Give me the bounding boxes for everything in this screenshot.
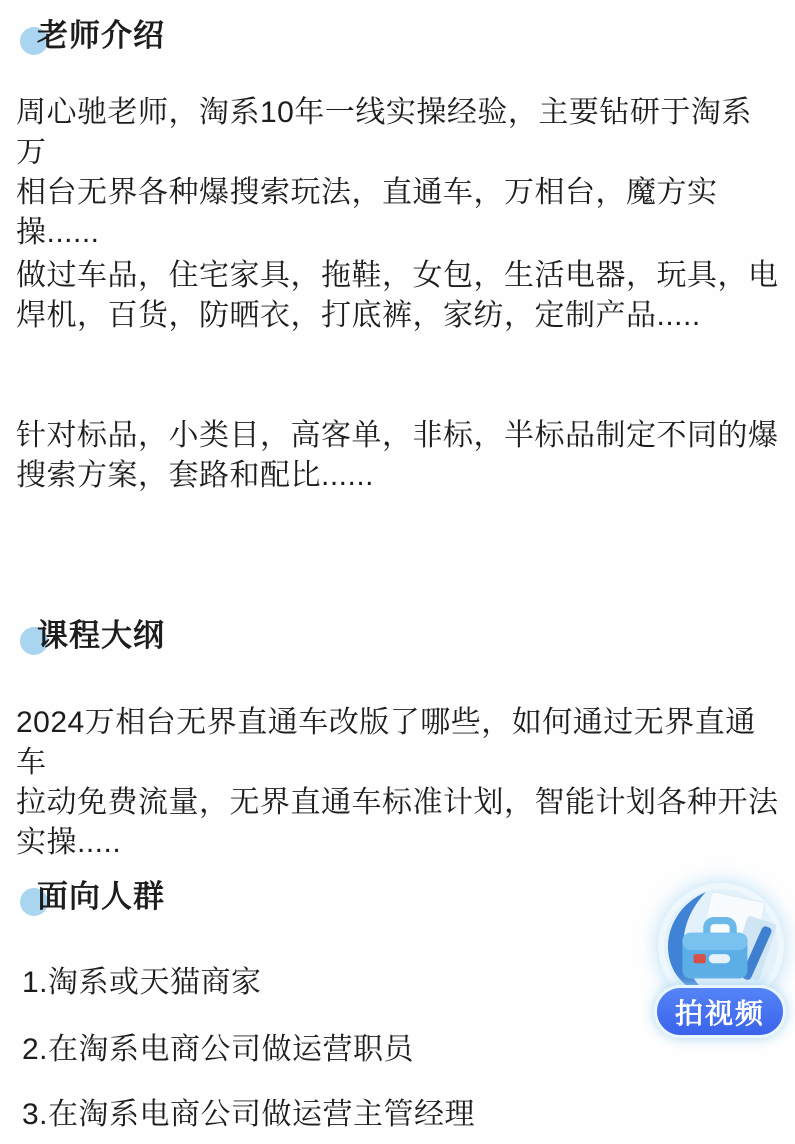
teacher-experience-paragraph: 做过车品，住宅家具，拖鞋，女包，生活电器，玩具，电 焊机，百货，防晒衣，打底裤，… (16, 256, 781, 336)
audience-list-item: 1.淘系或天猫商家 (22, 963, 262, 1003)
section-heading-text: 课程大纲 (37, 618, 165, 653)
section-heading-text: 老师介绍 (37, 18, 165, 53)
section-heading-course-outline: 课程大纲 (37, 616, 165, 656)
section-heading-teacher-intro: 老师介绍 (37, 16, 165, 56)
section-heading-target-audience: 面向人群 (37, 877, 165, 917)
shoot-video-button[interactable]: 拍视频 (654, 985, 786, 1038)
course-outline-paragraph: 2024万相台无界直通车改版了哪些，如何通过无界直通车 拉动免费流量，无界直通车… (16, 703, 781, 863)
shoot-video-button-label: 拍视频 (675, 992, 765, 1032)
teacher-intro-paragraph: 周心驰老师，淘系10年一线实操经验，主要钻研于淘系万 相台无界各种爆搜索玩法，直… (16, 93, 781, 253)
audience-list-item: 3.在淘系电商公司做运营主管经理 (22, 1095, 475, 1135)
audience-list-item: 2.在淘系电商公司做运营职员 (22, 1030, 414, 1070)
section-heading-text: 面向人群 (37, 879, 165, 914)
teacher-strategy-paragraph: 针对标品，小类目，高客单，非标，半标品制定不同的爆 搜索方案，套路和配比....… (16, 416, 781, 496)
shoot-video-widget[interactable]: 拍视频 (652, 880, 795, 1048)
course-detail-page: { "page": { "background": "#fefefe", "te… (0, 0, 795, 1144)
